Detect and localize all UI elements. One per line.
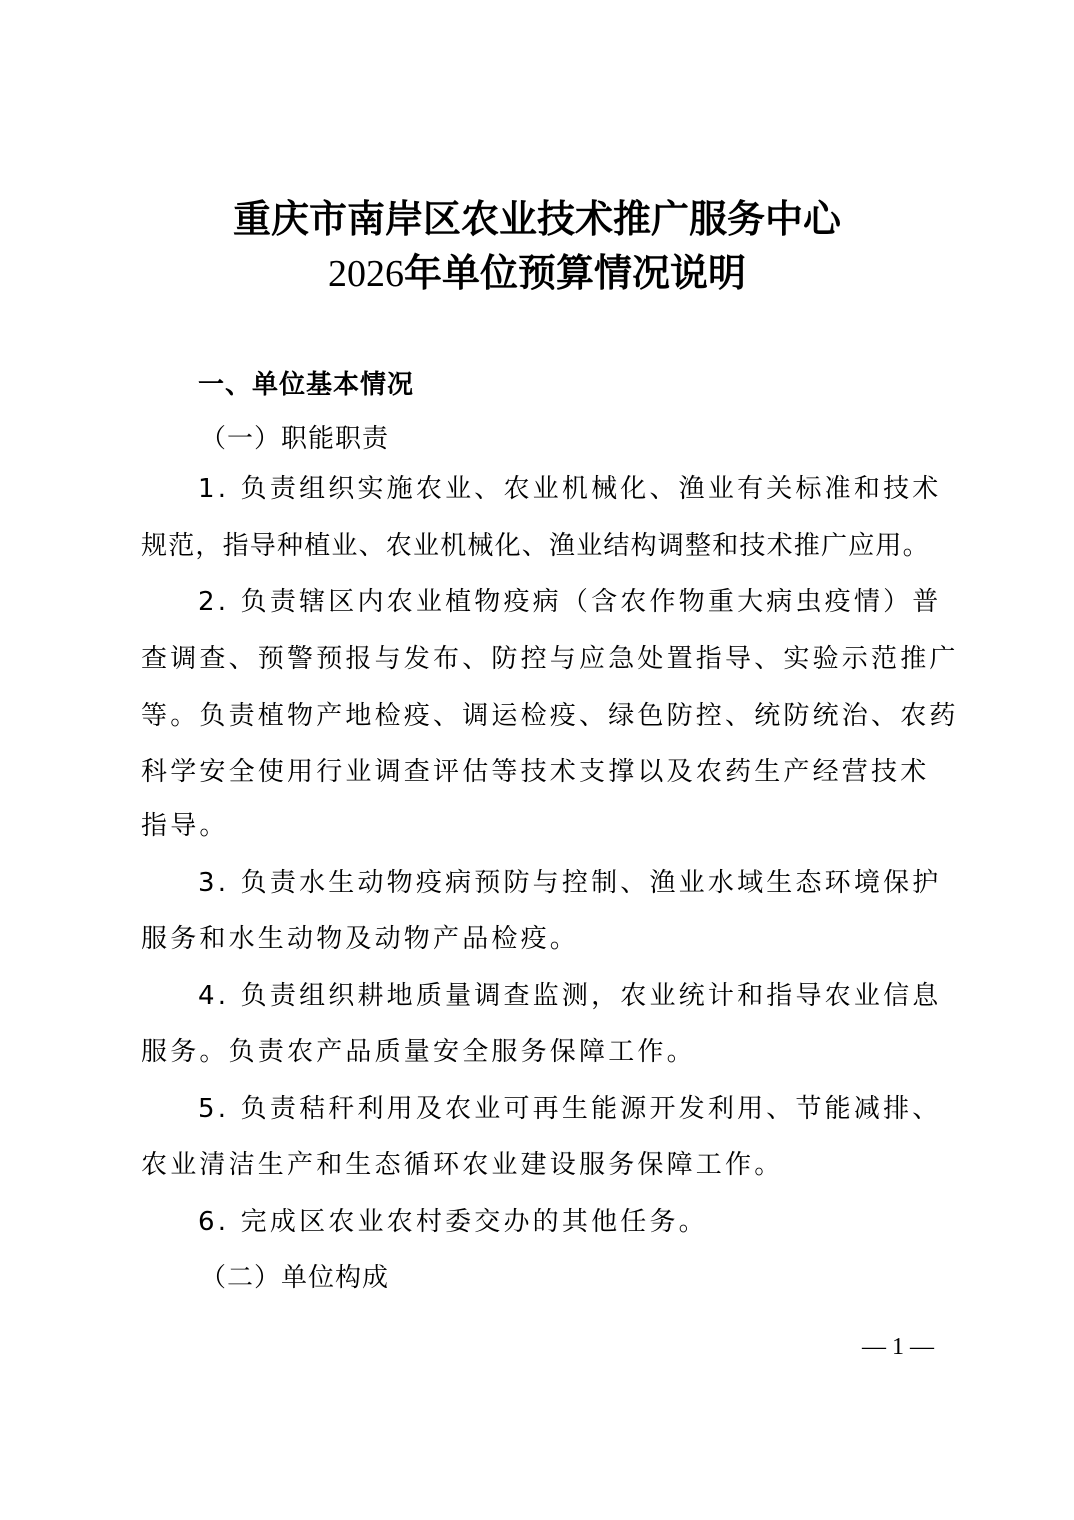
document-title-line2: 2026年单位预算情况说明 (0, 250, 1074, 297)
section-heading-basic-info: 一、单位基本情况 (198, 368, 998, 402)
item6-line1: 6. 完成区农业农村委交办的其他任务。 (198, 1205, 998, 1239)
item5-line2: 农业清洁生产和生态循环农业建设服务保障工作。 (141, 1148, 941, 1182)
item1-line1: 1. 负责组织实施农业、农业机械化、渔业有关标准和技术 (198, 472, 998, 506)
item3-line1: 3. 负责水生动物疫病预防与控制、渔业水域生态环境保护 (198, 866, 998, 900)
page-number: — 1 — (862, 1334, 934, 1361)
subsection-heading-composition: （二）单位构成 (200, 1261, 1000, 1295)
item4-line2: 服务。负责农产品质量安全服务保障工作。 (141, 1035, 941, 1069)
item2-line5: 指导。 (141, 809, 941, 843)
subsection-heading-duties: （一）职能职责 (200, 422, 1000, 456)
title-rest: 年单位预算情况说明 (404, 250, 746, 295)
item4-line1: 4. 负责组织耕地质量调查监测，农业统计和指导农业信息 (198, 979, 998, 1013)
document-title-line1: 重庆市南岸区农业技术推广服务中心 (0, 196, 1074, 242)
item1-line2: 规范，指导种植业、农业机械化、渔业结构调整和技术推广应用。 (141, 529, 941, 563)
item2-line2: 查调查、预警预报与发布、防控与应急处置指导、实验示范推广 (141, 642, 941, 676)
item2-line3: 等。负责植物产地检疫、调运检疫、绿色防控、统防统治、农药 (141, 699, 941, 733)
item2-line1: 2. 负责辖区内农业植物疫病（含农作物重大病虫疫情）普 (198, 585, 998, 619)
item5-line1: 5. 负责秸秆利用及农业可再生能源开发利用、节能减排、 (198, 1092, 998, 1126)
title-year: 2026 (328, 253, 404, 295)
item2-line4: 科学安全使用行业调查评估等技术支撑以及农药生产经营技术 (141, 755, 941, 789)
item3-line2: 服务和水生动物及动物产品检疫。 (141, 922, 941, 956)
